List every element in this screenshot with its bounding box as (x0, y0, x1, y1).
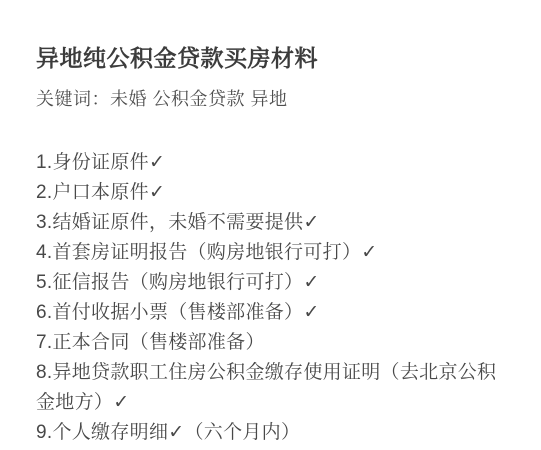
post-content: 异地纯公积金贷款买房材料 关键词：未婚 公积金贷款 异地 1.身份证原件✓ 2.… (0, 0, 541, 448)
checklist-item-7: 7.正本合同（售楼部准备） (36, 328, 509, 358)
keywords-line: 关键词：未婚 公积金贷款 异地 (36, 86, 509, 112)
checklist-item-3: 3.结婚证原件，未婚不需要提供✓ (36, 208, 509, 238)
checklist-item-6: 6.首付收据小票（售楼部准备）✓ (36, 298, 509, 328)
materials-checklist: 1.身份证原件✓ 2.户口本原件✓ 3.结婚证原件，未婚不需要提供✓ 4.首套房… (36, 148, 509, 448)
checklist-item-9: 9.个人缴存明细✓（六个月内） (36, 418, 509, 448)
checklist-item-4: 4.首套房证明报告（购房地银行可打）✓ (36, 238, 509, 268)
checklist-item-1: 1.身份证原件✓ (36, 148, 509, 178)
checklist-item-2: 2.户口本原件✓ (36, 178, 509, 208)
post-title: 异地纯公积金贷款买房材料 (36, 42, 509, 74)
checklist-item-5: 5.征信报告（购房地银行可打）✓ (36, 268, 509, 298)
checklist-item-8: 8.异地贷款职工住房公积金缴存使用证明（去北京公积金地方）✓ (36, 358, 509, 418)
